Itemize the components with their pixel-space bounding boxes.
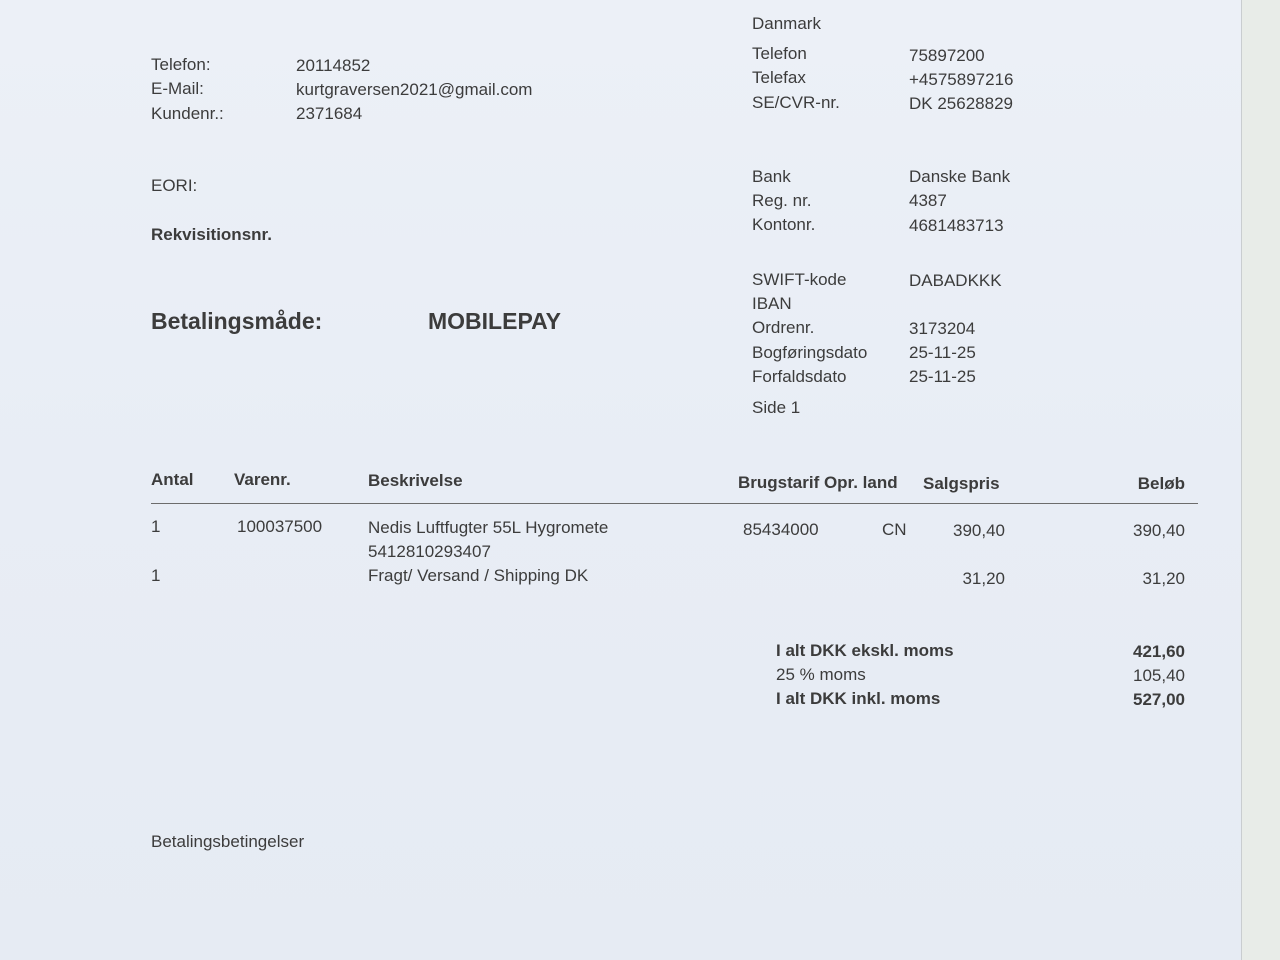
- row-description: Nedis Luftfugter 55L Hygromete: [368, 518, 608, 538]
- order-no-value: 3173204: [909, 319, 975, 339]
- eori-label: EORI:: [151, 176, 197, 196]
- customer-phone-value: 20114852: [296, 56, 370, 76]
- bank-label: Bank: [752, 167, 791, 187]
- company-phone-value: 75897200: [909, 46, 985, 66]
- swift-value: DABADKKK: [909, 271, 1002, 291]
- company-phone-label: Telefon: [752, 44, 807, 64]
- customer-email-label: E-Mail:: [151, 79, 204, 99]
- account-no-label: Kontonr.: [752, 215, 815, 235]
- subtotal-value: 421,60: [1085, 642, 1185, 662]
- customer-number-label: Kundenr.:: [151, 104, 224, 124]
- reg-no-label: Reg. nr.: [752, 191, 812, 211]
- row-qty: 1: [151, 517, 160, 537]
- row-unit-price: 31,20: [905, 569, 1005, 589]
- row-amount: 31,20: [1085, 569, 1185, 589]
- table-header-divider: [151, 503, 1198, 504]
- page-number: Side 1: [752, 398, 800, 418]
- company-fax-label: Telefax: [752, 68, 806, 88]
- total-label: I alt DKK inkl. moms: [776, 689, 940, 709]
- requisition-label: Rekvisitionsnr.: [151, 225, 272, 245]
- col-header-description: Beskrivelse: [368, 471, 463, 491]
- scanner-edge: [1241, 0, 1280, 960]
- row-origin: CN: [882, 520, 907, 540]
- vat-label: 25 % moms: [776, 665, 866, 685]
- row-qty: 1: [151, 566, 160, 586]
- company-fax-value: +4575897216: [909, 70, 1013, 90]
- subtotal-label: I alt DKK ekskl. moms: [776, 641, 954, 661]
- company-cvr-label: SE/CVR-nr.: [752, 93, 840, 113]
- row-description-ean: 5412810293407: [368, 542, 491, 562]
- row-description: Fragt/ Versand / Shipping DK: [368, 566, 588, 586]
- row-item-no: 100037500: [237, 517, 322, 537]
- vat-value: 105,40: [1085, 666, 1185, 686]
- order-no-label: Ordrenr.: [752, 318, 814, 338]
- due-date-value: 25-11-25: [909, 367, 976, 387]
- col-header-item-no: Varenr.: [234, 470, 291, 490]
- swift-label: SWIFT-kode: [752, 270, 846, 290]
- payment-method-label: Betalingsmåde:: [151, 308, 322, 335]
- account-no-value: 4681483713: [909, 216, 1004, 236]
- total-value: 527,00: [1085, 690, 1185, 710]
- invoice-page: Telefon: 20114852 E-Mail: kurtgraversen2…: [0, 0, 1241, 960]
- company-country: Danmark: [752, 14, 821, 34]
- col-header-unit-price: Salgspris: [923, 474, 1000, 494]
- reg-no-value: 4387: [909, 191, 947, 211]
- customer-email-value: kurtgraversen2021@gmail.com: [296, 80, 532, 100]
- payment-terms-label: Betalingsbetingelser: [151, 832, 304, 852]
- customer-number-value: 2371684: [296, 104, 362, 124]
- payment-method-value: MOBILEPAY: [428, 308, 561, 335]
- posting-date-label: Bogføringsdato: [752, 343, 867, 363]
- iban-label: IBAN: [752, 294, 792, 314]
- row-amount: 390,40: [1085, 521, 1185, 541]
- col-header-amount: Beløb: [1085, 474, 1185, 494]
- bank-value: Danske Bank: [909, 167, 1010, 187]
- row-tariff: 85434000: [743, 520, 819, 540]
- company-cvr-value: DK 25628829: [909, 94, 1013, 114]
- col-header-tariff-origin: Brugstarif Opr. land: [738, 473, 898, 493]
- posting-date-value: 25-11-25: [909, 343, 976, 363]
- row-unit-price: 390,40: [905, 521, 1005, 541]
- col-header-qty: Antal: [151, 470, 194, 490]
- customer-phone-label: Telefon:: [151, 55, 211, 75]
- due-date-label: Forfaldsdato: [752, 367, 847, 387]
